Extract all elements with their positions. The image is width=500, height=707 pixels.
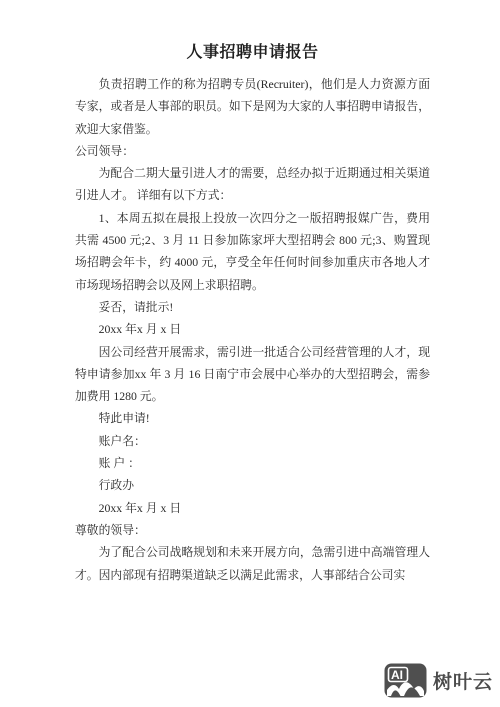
watermark: AI 树叶云	[384, 663, 493, 698]
document-paragraph: 行政办	[75, 474, 430, 496]
document-paragraph: 尊敬的领导：	[75, 519, 430, 541]
document-body: 负责招聘工作的称为招聘专员(Recruiter)，他们是人力资源方面专家，或者是…	[75, 73, 430, 586]
document-page: 人事招聘申请报告 负责招聘工作的称为招聘专员(Recruiter)，他们是人力资…	[0, 0, 500, 707]
document-paragraph: 特此申请!	[75, 407, 430, 429]
document-paragraph: 负责招聘工作的称为招聘专员(Recruiter)，他们是人力资源方面专家，或者是…	[75, 73, 430, 140]
document-paragraph: 20xx 年x 月 x 日	[75, 497, 430, 519]
document-paragraph: 为了配合公司战略规划和未来开展方向，急需引进中高端管理人才。因内部现有招聘渠道缺…	[75, 541, 430, 586]
document-paragraph: 1、本周五拟在晨报上投放一次四分之一版招聘报媒广告，费用共需 4500 元;2、…	[75, 207, 430, 296]
document-paragraph: 为配合二期大量引进人才的需要，总经办拟于近期通过相关渠道引进人才。 详细有以下方…	[75, 162, 430, 207]
document-paragraph: 因公司经营开展需求，需引进一批适合公司经营管理的人才，现特申请参加xx 年 3 …	[75, 341, 430, 408]
document-paragraph: 账 户 ：	[75, 452, 430, 474]
document-paragraph: 公司领导：	[75, 140, 430, 162]
document-paragraph: 账户名：	[75, 430, 430, 452]
document-title: 人事招聘申请报告	[75, 42, 430, 64]
watermark-brand-label: 树叶云	[433, 667, 493, 694]
document-paragraph: 20xx 年x 月 x 日	[75, 318, 430, 340]
ai-image-icon: AI	[384, 663, 427, 698]
document-content: 人事招聘申请报告 负责招聘工作的称为招聘专员(Recruiter)，他们是人力资…	[75, 42, 430, 586]
ai-icon-label: AI	[391, 668, 403, 682]
document-paragraph: 妥否，请批示!	[75, 296, 430, 318]
